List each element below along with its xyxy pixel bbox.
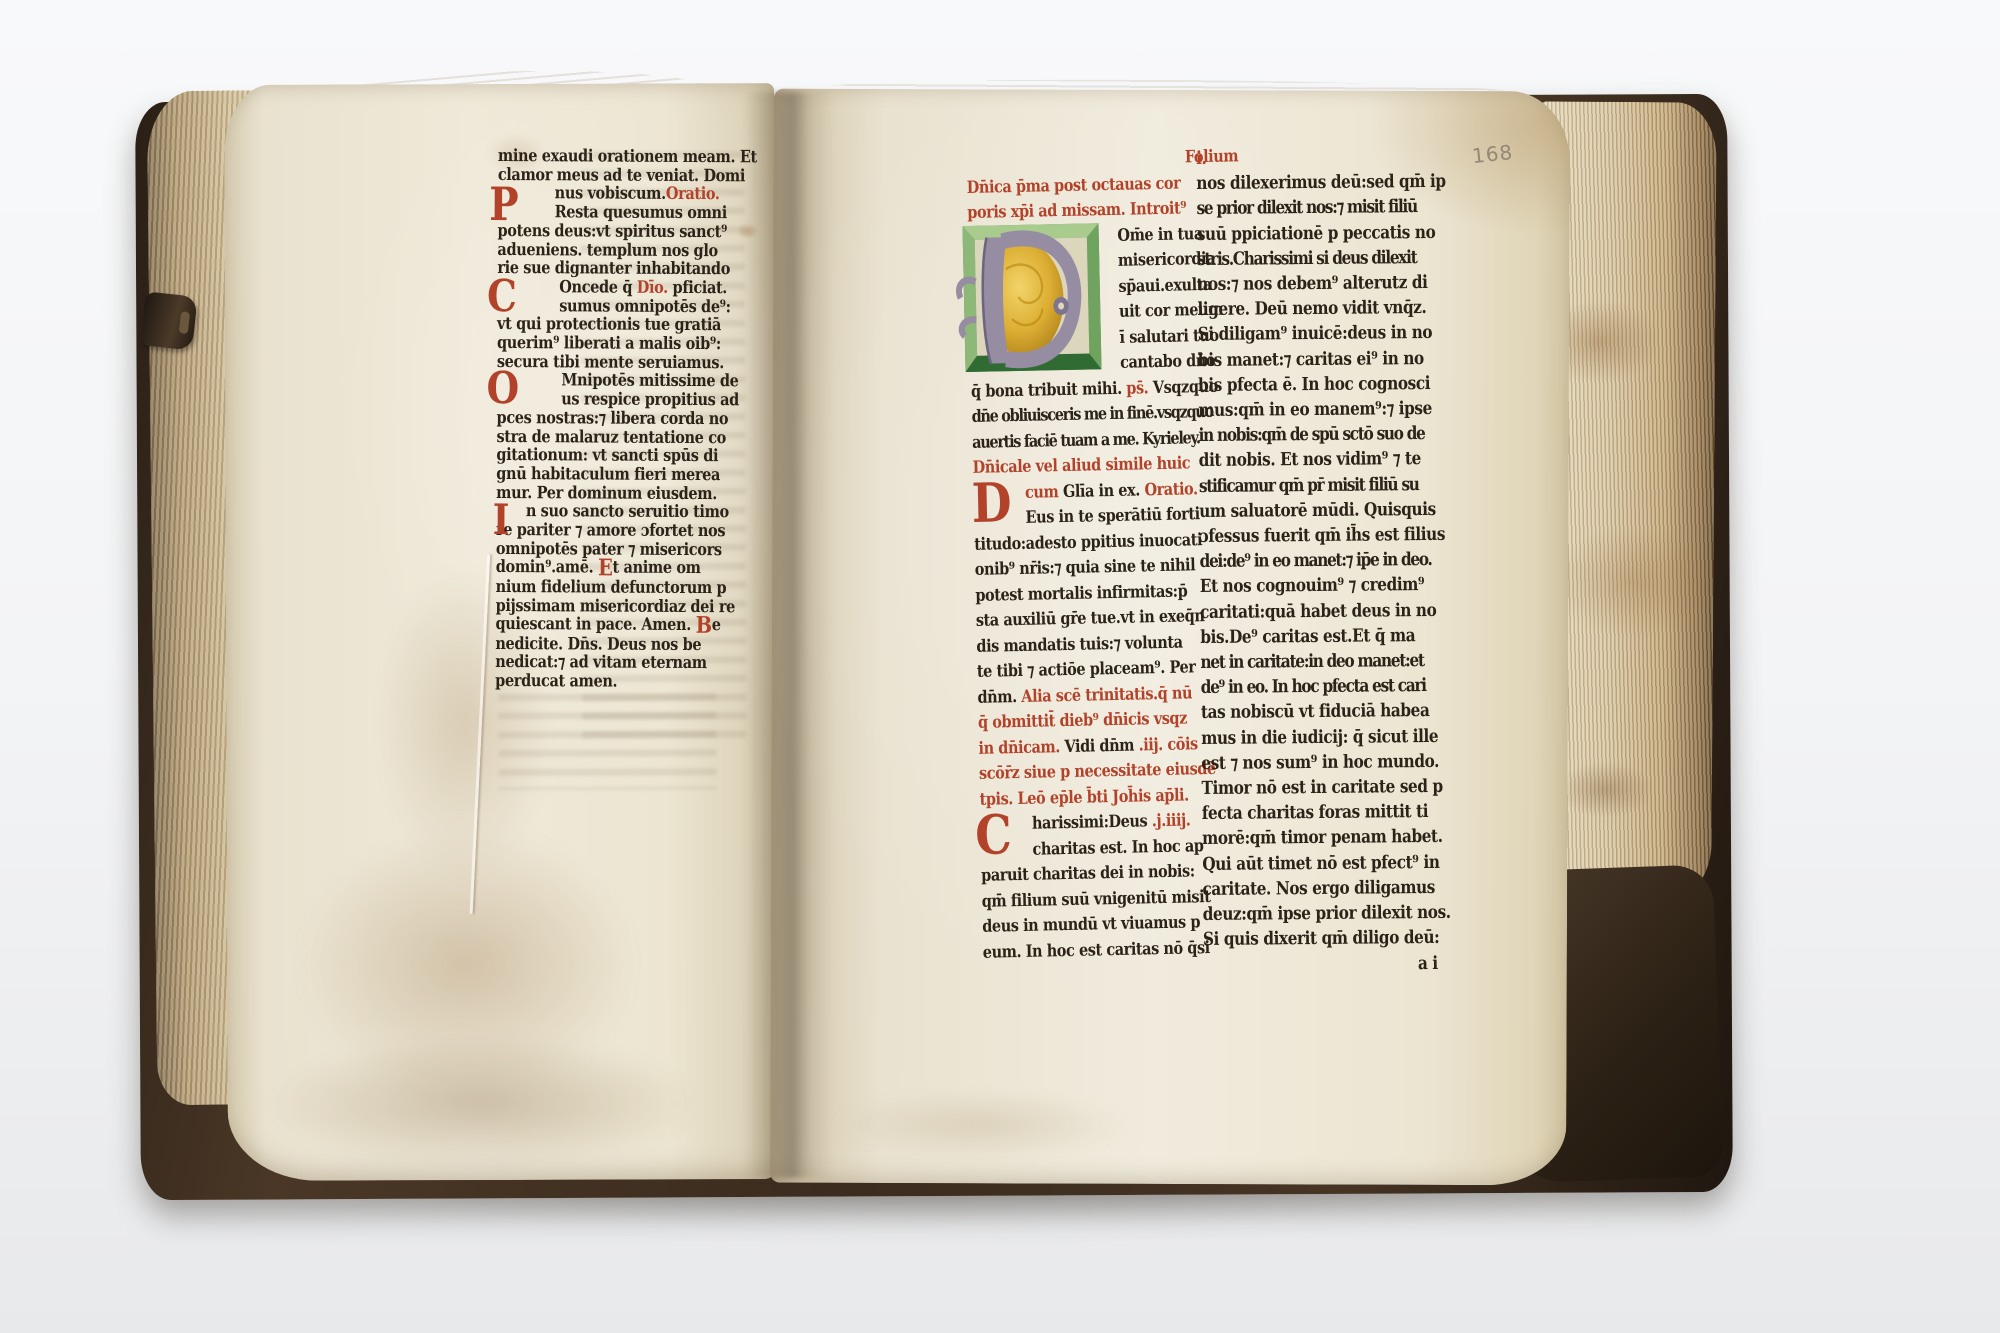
page-stain [830,1089,1130,1160]
text-line: Timor nō est in caritate sed p [1201,774,1470,802]
blackletter-text: secura tibi mente seruiamus. [497,352,724,373]
blackletter-text: est ⁊ nos sum⁹ in hoc mundo. [1201,751,1439,774]
blackletter-text: caritati:quā habet deus in no [1200,600,1436,623]
lombardic-initial-I: I [493,499,510,541]
text-line: suū ppiciationē p peccatis no [1197,219,1466,247]
text-line: nos:⁊ nos debem⁹ alterutz di [1197,270,1466,298]
rubric-text: Alia scē trinitatis.q̄ nū [1021,683,1192,707]
text-line: bis.De⁹ caritas est.Et q̄ ma [1200,622,1469,650]
text-line: i. [1196,144,1465,172]
blackletter-text: ɔfessus fuerit qm̄ ih̄s est filius [1199,524,1445,547]
text-line: Si diligam⁹ inuicē:deus in no [1198,320,1467,348]
blackletter-text: Vidi dn̄m [1064,735,1139,757]
text-line: in nobis:qm̄ de spū sctō suo de [1198,421,1467,449]
blackletter-text: us respice propitius ad [561,389,739,410]
rubric-text: Dn̄ica p̄ma post octauas cor [967,173,1181,197]
text-line: ɔfessus fuerit qm̄ ih̄s est filius [1199,522,1468,550]
rubric-text: ps̄. [1126,378,1148,398]
blackletter-text: Resta quesumus omni [555,202,727,223]
blackletter-text: sta auxiliū gr̄e tue.vt in exeq̄n [976,606,1205,631]
text-line: mus in die iudicij: q̄ sicut ille [1201,723,1470,751]
text-line: morē:qm̄ timor penam habet. [1202,824,1471,852]
text-line: mus:qm̄ in eo manem⁹:⁊ ipse [1198,396,1467,424]
text-line: rie sue dignanter inhabitando [497,259,761,279]
blackletter-text: Eus in te sperātiū forti [1025,504,1200,528]
text-line: ligere. Deū nemo vidit vnq̄z. [1197,295,1466,323]
text-line: net in caritate:in deo manet:et [1200,648,1469,676]
text-line: secura tibi mente seruiamus. [497,353,761,373]
text-line: dei:de⁹ in eo manet:⁊ ip̄e in deo. [1200,547,1469,575]
clasp-pin [179,311,190,334]
blackletter-text: Et nos cognouim⁹ ⁊ credim⁹ [1200,574,1425,597]
blackletter-text: de⁹ in eo. In hoc pfecta est cari [1201,675,1426,698]
blackletter-text: se prior dilexit nos:⁊ misit filiū [1196,196,1417,219]
rubric-text: scōr̄z siue p necessitate eiusdē [979,759,1216,784]
book-photo: mine exaudi orationem meam. Etclamor meu… [0,0,2000,1333]
text-line: tas nobiscū vt fiduciā habea [1201,698,1470,726]
text-line: um saluatorē mūdi. Quisquis [1199,496,1468,524]
rubric-text: Oratio. [666,184,720,204]
lombardic-initial-P: P [489,181,518,227]
blackletter-text: pficiat. [668,278,727,298]
text-line: stificamur qm̄ pr̄ misit filiū su [1199,471,1468,499]
page-stain [267,1033,697,1175]
lombardic-initial-O: O [486,367,518,411]
text-line: de⁹ in eo. In hoc pfecta est cari [1201,673,1470,701]
blackletter-text: domin⁹.amē. [496,557,598,578]
folio-number: 168 [1471,140,1514,168]
blackletter-text: Glīa in ex. [1063,480,1145,502]
text-line: Mnipotēs mitissime de [497,371,761,391]
blackletter-text: caritate. Nos ergo diligamus [1202,877,1435,900]
blackletter-text: Oncede q̄ [559,277,637,297]
blackletter-text: q̄ bona tribuit mihi. [971,378,1127,401]
blackletter-text: ligere. Deū nemo vidit vnq̄z. [1197,297,1426,320]
blackletter-text: t anime om [612,558,700,578]
rubric-text: q̄ obmittit̄ dieb⁹ dn̄icis vsqz [978,709,1187,733]
blackletter-text: rie sue dignanter inhabitando [497,258,730,279]
text-line: bis manet:⁊ caritas ei⁹ in no [1198,345,1467,373]
text-line: perducat amen. [495,672,759,692]
blackletter-text: dn̄e obliuisceris me in finē.vsqzquo [971,402,1213,427]
rubric-text: i. [1196,148,1206,169]
text-line: Et nos cognouim⁹ ⁊ credim⁹ [1200,572,1469,600]
blackletter-text: perducat amen. [495,671,617,692]
blackletter-text: bis.De⁹ caritas est.Et q̄ ma [1200,625,1415,648]
blackletter-text: quiescant in pace. Amen. [495,614,695,635]
blackletter-text: bis manet:⁊ caritas ei⁹ in no [1198,348,1424,371]
text-line: a i [1203,950,1472,978]
blackletter-text: potest mortalis infirmitas:p̄ [975,581,1187,605]
blackletter-text: bis pfecta ē. In hoc cognosci [1198,373,1430,396]
text-line: fecta charitas foras mittit ti [1202,799,1471,827]
rubric-text: poris xp̄i ad missam. Introit⁹ [967,198,1186,223]
blackletter-text: qm̄ filium suū vnigenitū misit [982,887,1211,912]
blackletter-text: Timor nō est in caritate sed p [1202,776,1443,799]
lombardic-initial-D: D [971,475,1012,530]
text-line: caritate. Nos ergo diligamus [1202,875,1471,903]
text-line: stris.Charissimi si deus dilexit [1197,244,1466,272]
lombardic-initial-C: C [975,807,1012,862]
text-line: se prior dilexit nos:⁊ misit filiū [1196,194,1465,222]
blackletter-text: mus:qm̄ in eo manem⁹:⁊ ipse [1198,398,1432,421]
blackletter-text: harissimi:Deus [1032,811,1152,834]
blackletter-text: deuz:qm̄ ipse prior dilexit nos. [1203,902,1451,925]
blackletter-text: a i [1418,952,1438,973]
blackletter-text: nus vobiscum. [555,184,666,205]
text-line: Si quis dixerit qm̄ diligo deū: [1203,925,1472,953]
blackletter-text: stris.Charissimi si deus dilexit [1197,247,1417,270]
lombardic-initial-C: C [487,275,517,319]
blackletter-text: nos:⁊ nos debem⁹ alterutz di [1197,272,1427,295]
blackletter-text: e [712,615,721,635]
text-line: clamor meus ad te veniat. Domi [498,166,762,186]
blackletter-text: nos dilexerimus deū:sed qm̄ ip [1196,171,1445,194]
blackletter-text: dit nobis. Et nos vidim⁹ ⁊ te [1199,448,1421,471]
blackletter-text: tas nobiscū vt fiduciā habea [1201,700,1430,723]
blackletter-text: morē:qm̄ timor penam habet. [1202,826,1443,849]
blackletter-text: Qui aūt timet nō est pfect⁹ in [1202,852,1439,875]
text-line: deuz:qm̄ ipse prior dilexit nos. [1203,900,1472,928]
blackletter-text: eum. In hoc est caritas nō q̄si [983,938,1210,963]
left-text-column: mine exaudi orationem meam. Etclamor meu… [495,147,761,692]
blackletter-text: in nobis:qm̄ de spū sctō suo de [1198,423,1424,446]
blackletter-text: onib⁹ nr̄is:⁊ quia sine te nihil [975,555,1196,580]
blackletter-text: te tibi ⁊ actiōe placeam⁹. Per [977,657,1196,682]
text-line: bis pfecta ē. In hoc cognosci [1198,370,1467,398]
text-line: est ⁊ nos sum⁹ in hoc mundo. [1201,749,1470,777]
rubric-text: Oratio. [1144,479,1198,500]
text-line: nus vobiscum.Oratio. [498,184,762,204]
blackletter-text: charitas est. In hoc ap [1032,836,1203,860]
text-line: dit nobis. Et nos vidim⁹ ⁊ te [1199,446,1468,474]
blackletter-text: dei:de⁹ in eo manet:⁊ ip̄e in deo. [1200,549,1432,572]
rubric-text: cum [1025,482,1063,503]
blackletter-text: dis mandatis tuis:⁊ volunta [976,632,1183,656]
right-text-column-2: i.nos dilexerimus deū:sed qm̄ ipse prior… [1196,144,1472,978]
blackletter-text: suū ppiciationē p peccatis no [1197,222,1436,245]
metal-clasp [140,291,197,350]
blackletter-text: Mnipotēs mitissime de [561,371,738,392]
blackletter-text: net in caritate:in deo manet:et [1200,650,1423,673]
blackletter-text: Si diligam⁹ inuicē:deus in no [1198,322,1433,345]
text-line: nos dilexerimus deū:sed qm̄ ip [1196,169,1465,197]
blackletter-text: stificamur qm̄ pr̄ misit filiū su [1199,474,1419,497]
rubric-text: in dn̄icam. [978,737,1064,759]
blackletter-text: fecta charitas foras mittit ti [1202,801,1428,824]
rubric-text: .iij. cōis [1138,734,1198,755]
blackletter-text: Si quis dixerit qm̄ diligo deū: [1203,927,1440,950]
blackletter-text: dn̄m. [977,686,1021,707]
blackletter-text: clamor meus ad te veniat. Domi [498,165,745,186]
rubric-text: Dīo. [637,278,668,298]
text-line: Qui aūt timet nō est pfect⁹ in [1202,849,1471,877]
text-line: Oncede q̄ Dīo. pficiat. [497,278,761,298]
blackletter-text: mus in die iudicij: q̄ sicut ille [1201,726,1438,749]
blackletter-text: paruit charitas dei in nobis: [981,861,1195,885]
rubric-text: tpis. Leō ep̄le b̄ti Joh̄is ap̄li. [979,785,1189,809]
blackletter-text: Om̄e in tua [1117,224,1203,246]
blackletter-text: um saluatorē mūdi. Quisquis [1199,499,1436,522]
blackletter-text: auertis faciē tuam a me. Kyrieley. [972,428,1200,453]
blackletter-text: deus in mundū vt viuamus p [982,912,1200,937]
rubric-text: .j.iiij. [1152,810,1191,831]
text-line: caritati:quā habet deus in no [1200,597,1469,625]
blackletter-text: sumus omnipotēs de⁹: [559,296,731,317]
